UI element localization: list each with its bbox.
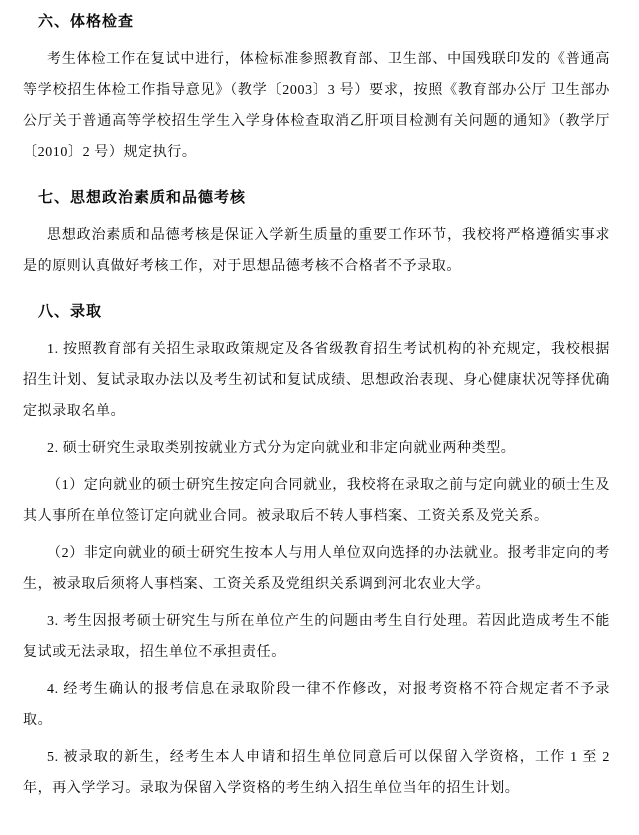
paragraph-admission-item-2-sub-1: （1）定向就业的硕士研究生按定向合同就业，我校将在录取之前与定向就业的硕士生及其… [23, 470, 610, 532]
paragraph-admission-item-1: 1. 按照教育部有关招生录取政策规定及各省级教育招生考试机构的补充规定，我校根据… [23, 334, 610, 427]
paragraph-admission-item-5: 5. 被录取的新生，经考生本人申请和招生单位同意后可以保留入学资格，工作 1 至… [23, 742, 610, 804]
section-admission: 八、录取 1. 按照教育部有关招生录取政策规定及各省级教育招生考试机构的补充规定… [23, 298, 610, 804]
section-heading-admission: 八、录取 [38, 298, 610, 326]
document-page: 六、体格检查 考生体检工作在复试中进行，体检标准参照教育部、卫生部、中国残联印发… [0, 0, 639, 835]
section-ideological-moral-assessment: 七、思想政治素质和品德考核 思想政治素质和品德考核是保证入学新生质量的重要工作环… [23, 184, 610, 282]
paragraph-ideological-moral-assessment: 思想政治素质和品德考核是保证入学新生质量的重要工作环节，我校将严格遵循实事求是的… [23, 220, 610, 282]
paragraph-admission-item-2-sub-2: （2）非定向就业的硕士研究生按本人与用人单位双向选择的办法就业。报考非定向的考生… [23, 538, 610, 600]
paragraph-admission-item-2: 2. 硕士研究生录取类别按就业方式分为定向就业和非定向就业两种类型。 [23, 433, 610, 464]
paragraph-admission-item-4: 4. 经考生确认的报考信息在录取阶段一律不作修改，对报考资格不符合规定者不予录取… [23, 674, 610, 736]
paragraph-admission-item-3: 3. 考生因报考硕士研究生与所在单位产生的问题由考生自行处理。若因此造成考生不能… [23, 606, 610, 668]
section-heading-physical-examination: 六、体格检查 [38, 8, 610, 36]
section-physical-examination: 六、体格检查 考生体检工作在复试中进行，体检标准参照教育部、卫生部、中国残联印发… [23, 8, 610, 168]
section-heading-ideological-moral-assessment: 七、思想政治素质和品德考核 [38, 184, 610, 212]
paragraph-physical-examination: 考生体检工作在复试中进行，体检标准参照教育部、卫生部、中国残联印发的《普通高等学… [23, 44, 610, 168]
